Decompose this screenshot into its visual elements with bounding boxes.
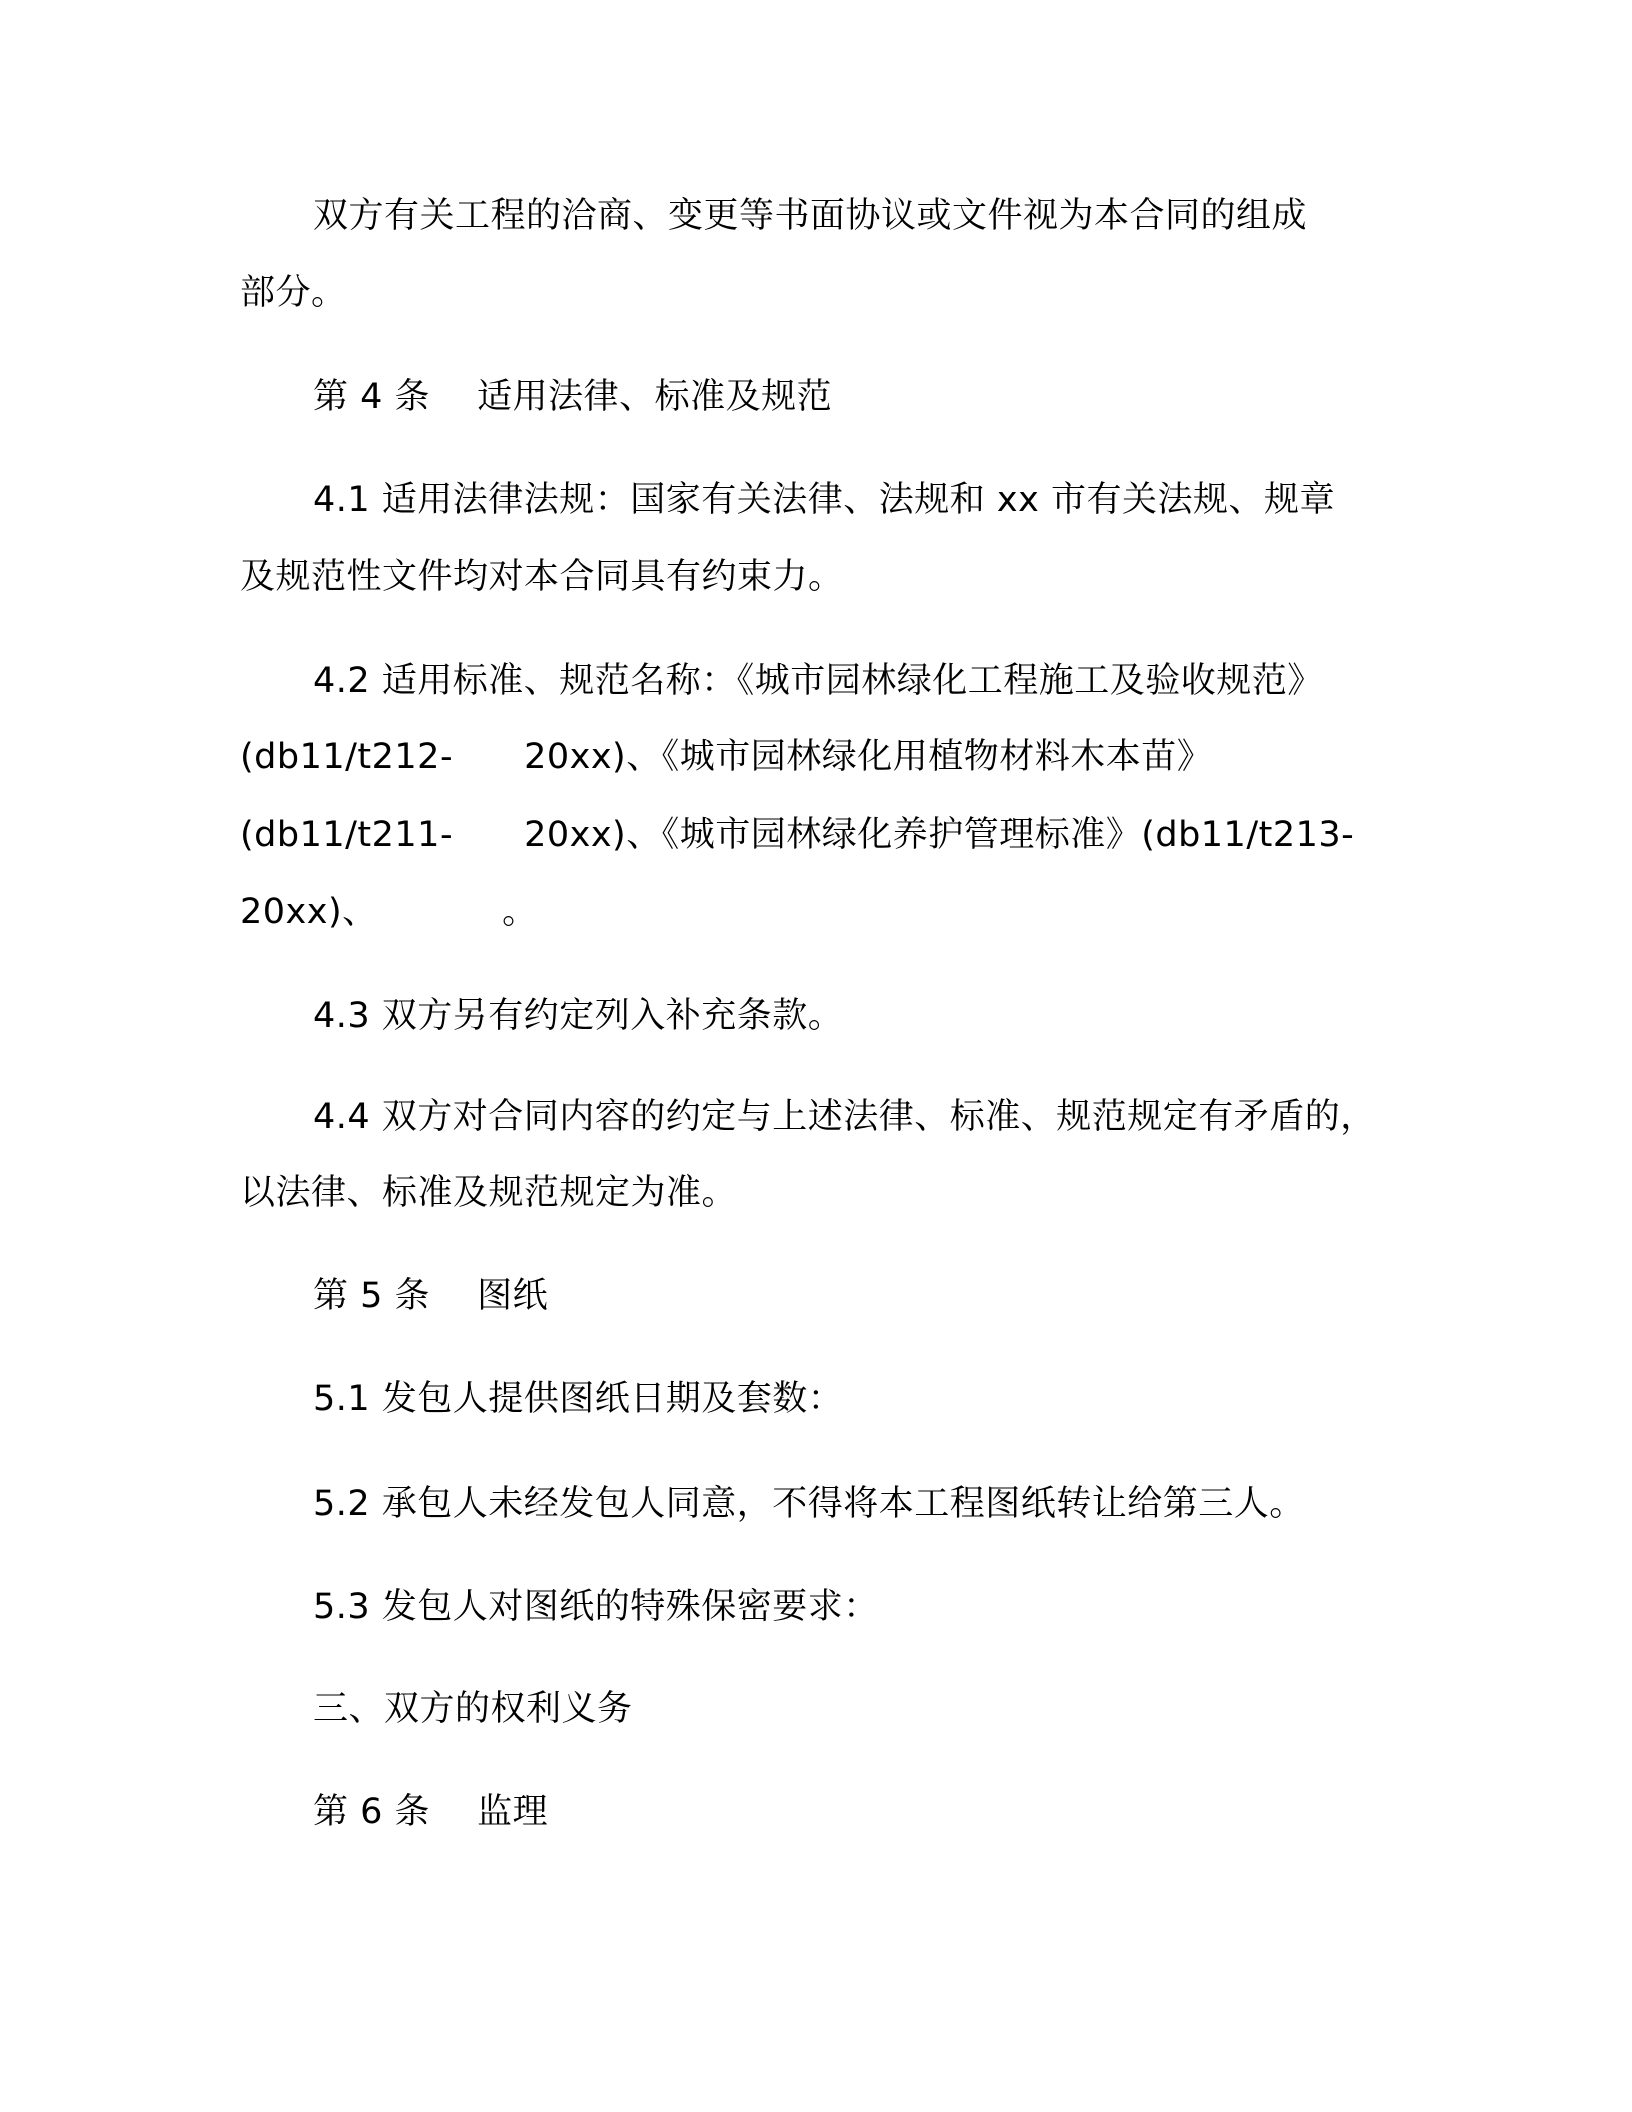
chapter-heading: 三、双方的权利义务 — [313, 1687, 633, 1731]
clause-text: 以法律、标准及规范规定为准。 — [240, 1171, 737, 1215]
clause-text: 4.1 适用法律法规：国家有关法律、法规和 xx 市有关法规、规章 — [313, 478, 1335, 522]
clause-text: (db11/t211- 20xx)、《城市园林绿化养护管理标准》(db11/t2… — [240, 813, 1354, 857]
section-heading: 第 4 条 适用法律、标准及规范 — [313, 375, 832, 419]
clause-text: 4.4 双方对合同内容的约定与上述法律、标准、规范规定有矛盾的， — [313, 1095, 1376, 1139]
document-page: 双方有关工程的洽商、变更等书面协议或文件视为本合同的组成 部分。 第 4 条 适… — [0, 0, 1632, 2112]
clause-text: 4.2 适用标准、规范名称：《城市园林绿化工程施工及验收规范》 — [313, 659, 1323, 703]
section-heading: 第 5 条 图纸 — [313, 1274, 548, 1318]
section-heading: 第 6 条 监理 — [313, 1790, 548, 1834]
clause-text: 20xx)、 。 — [240, 890, 538, 934]
clause-text: 及规范性文件均对本合同具有约束力。 — [240, 555, 844, 599]
paragraph-text: 部分。 — [240, 271, 347, 315]
clause-text: 5.3 发包人对图纸的特殊保密要求： — [313, 1585, 879, 1629]
paragraph-text: 双方有关工程的洽商、变更等书面协议或文件视为本合同的组成 — [313, 194, 1307, 238]
clause-text: 5.1 发包人提供图纸日期及套数： — [313, 1377, 843, 1421]
clause-text: 5.2 承包人未经发包人同意，不得将本工程图纸转让给第三人。 — [313, 1482, 1305, 1526]
clause-text: 4.3 双方另有约定列入补充条款。 — [313, 994, 843, 1038]
clause-text: (db11/t212- 20xx)、《城市园林绿化用植物材料木本苗》 — [240, 735, 1212, 779]
